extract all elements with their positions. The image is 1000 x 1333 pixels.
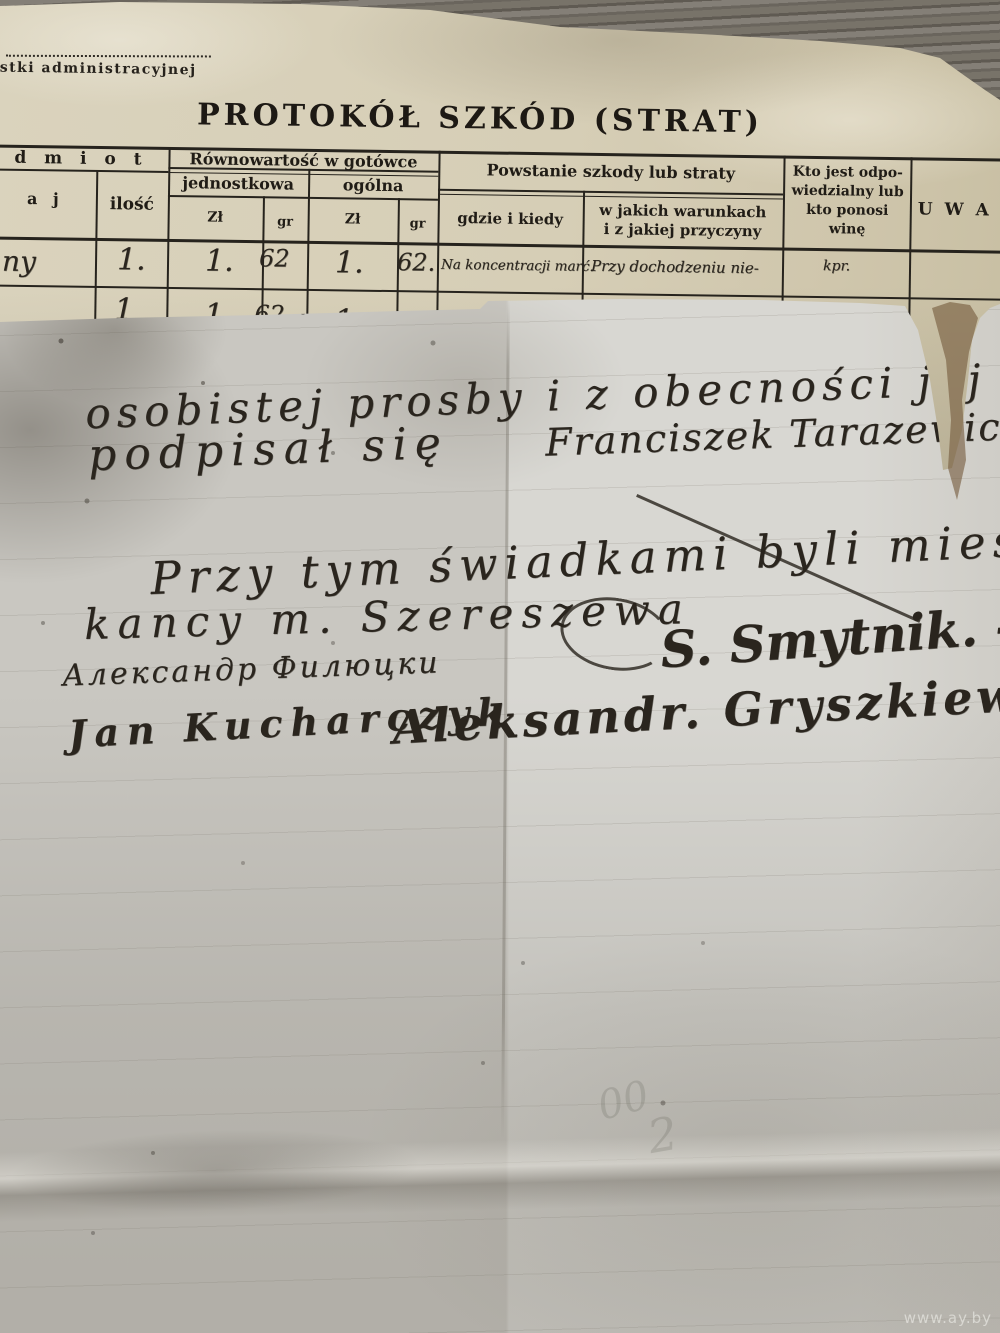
table-line <box>0 237 1000 254</box>
col-header-ilosc: ilość <box>96 194 168 216</box>
signature-flourish: S. Smytnik. – <box>658 596 1000 680</box>
col-header-zl-jedn: Zł <box>168 209 263 228</box>
cell-row1-ilosc: 1. <box>117 242 146 277</box>
col-header-uwagi: U W A G <box>918 199 1000 222</box>
cell-row1-ogol-zl: 1. <box>335 245 364 280</box>
cell-row1-ogol-gr: 62. <box>397 248 436 277</box>
col-header-zl-ogol: Zł <box>308 211 398 230</box>
col-header-gr-ogol: gr <box>397 216 437 233</box>
col-header-warunki-2: i z jakiej przyczyny <box>582 220 782 242</box>
cell-row1-jedn-zl: 1. <box>205 243 234 278</box>
photo-of-document: stki administracyjnej PROTOKÓŁ SZKÓD (ST… <box>0 0 1000 1333</box>
corner-note: stki administracyjnej <box>0 60 197 79</box>
col-header-przedmiot: d m i o t <box>0 148 164 172</box>
signature-cyrillic: Александр Филюцки <box>62 645 442 693</box>
paper-speckles <box>0 0 2 2</box>
dotted-fill-line <box>6 55 211 58</box>
cell-row1-kto: kpr. <box>823 258 850 274</box>
form-title: PROTOKÓŁ SZKÓD (STRAT) <box>197 97 763 140</box>
table-line <box>0 285 1000 301</box>
cell-row1-gdzie: Na koncentracji marć. <box>441 257 594 275</box>
col-header-jednostkowa: jednostkowa <box>168 173 308 195</box>
col-header-kto-1: Kto jest odpo- <box>785 164 910 183</box>
col-header-rownowartosc: Równowartość w gotówce <box>168 149 438 173</box>
col-header-gdzie-i-kiedy: gdzie i kiedy <box>438 209 583 230</box>
col-header-gr-jedn: gr <box>263 214 308 231</box>
fold-scuff-stain <box>0 1121 431 1221</box>
cell-row1-warunki: Przy dochodzeniu nie- <box>591 257 759 277</box>
watermark: www.ay.by <box>904 1309 992 1327</box>
cell-row1-jedn-gr: 62 <box>259 244 290 272</box>
col-header-powstanie: Powstanie szkody lub straty <box>438 160 783 185</box>
col-header-kto-3: kto ponosi <box>785 202 910 221</box>
col-header-kto-4: winę <box>784 221 909 240</box>
cell-row1-nazwa: ny <box>2 245 36 278</box>
col-header-warunki-1: w jakich warunkach <box>583 201 783 223</box>
col-header-rodzaj: a j <box>0 189 93 210</box>
col-header-ogolna: ogólna <box>308 175 438 197</box>
col-header-kto-2: wiedzialny lub <box>785 183 910 202</box>
